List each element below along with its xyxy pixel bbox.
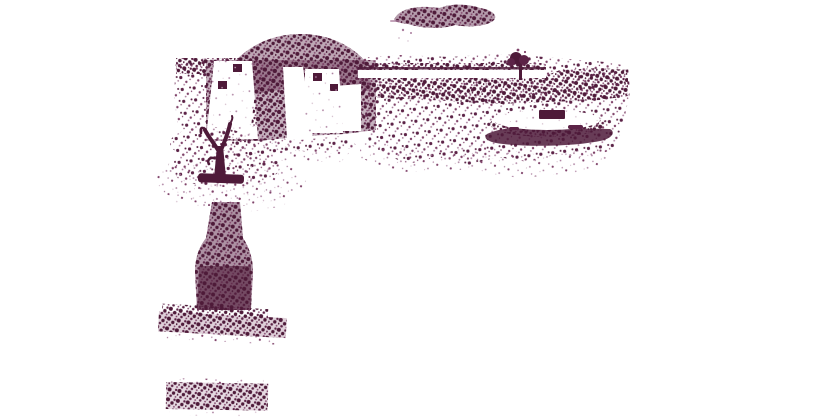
stipple-illustration [0,0,840,420]
ground-band-1 [158,303,288,345]
tower-2-dark [251,76,289,127]
pedestal-base-dark [197,266,251,310]
kiva-top-block [539,110,565,119]
wall-top-edge [358,67,546,70]
tower-face-speckle [305,69,343,133]
wall-white-stripe [358,70,546,78]
kiva-surface-mark [568,125,583,129]
cloud-stipple [394,5,495,28]
boundary-wall [358,49,546,80]
band2-stipple [166,382,268,411]
kiva-ruin [485,110,612,146]
cloud [390,5,495,42]
kiva-surface-mark [509,127,519,130]
stipple-illustration-page [0,0,840,420]
tree-base [198,173,244,184]
ground-band-2 [166,378,269,417]
